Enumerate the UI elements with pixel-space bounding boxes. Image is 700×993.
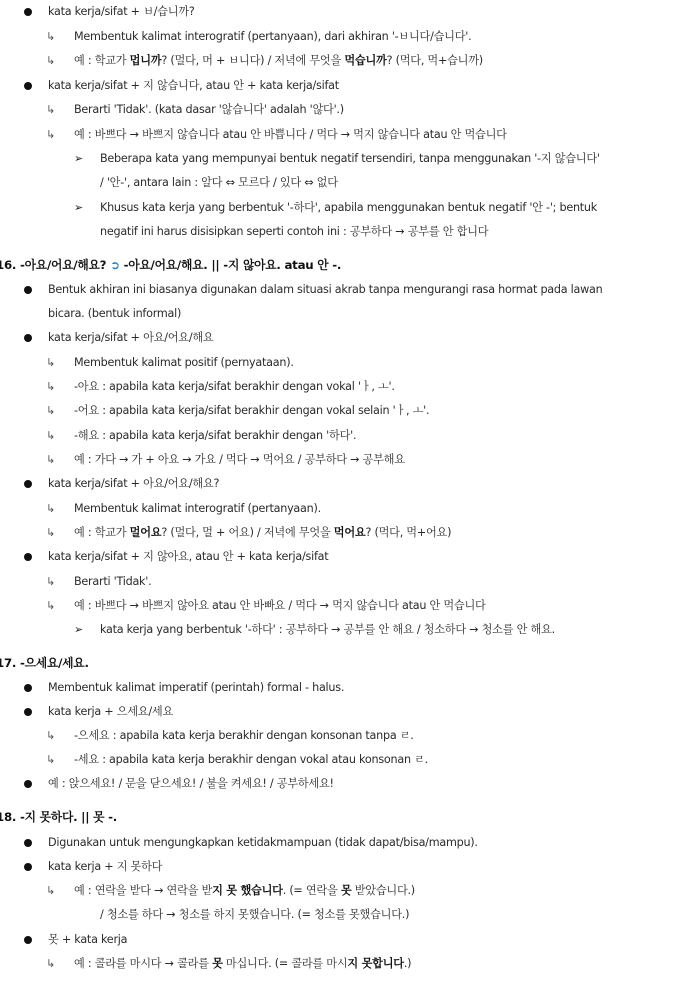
sub-item-text: -해요 : apabila kata kerja/sifat berakhir … (74, 426, 356, 446)
hook-arrow-icon: ↳ (46, 450, 55, 470)
bullet-icon (24, 334, 32, 342)
bullet-text: kata kerja/sifat + 아요/어요/해요 (48, 328, 213, 348)
note-text: / '안-', antara lain : 알다 ⇔ 모르다 / 있다 ⇔ 없다 (100, 173, 338, 193)
example-text: 예 : 학교가 멀어요? (멀다, 멀 + 어요) / 저녁에 무엇을 먹어요?… (74, 523, 451, 543)
bullet-icon (24, 480, 32, 488)
bullet-icon (24, 8, 32, 16)
hook-arrow-icon: ↳ (46, 572, 55, 592)
sub-item-text: -세요 : apabila kata kerja berakhir dengan… (74, 750, 428, 770)
note-text: negatif ini harus disisipkan seperti con… (100, 222, 488, 242)
hook-arrow-icon: ↳ (46, 726, 55, 746)
bullet-text: Membentuk kalimat imperatif (perintah) f… (48, 678, 344, 698)
bullet-icon (24, 684, 32, 692)
sub-item-text: -어요 : apabila kata kerja/sifat berakhir … (74, 401, 429, 421)
bullet-icon (24, 936, 32, 944)
example-text: 예 : 가다 → 가 + 아요 → 가요 / 먹다 → 먹어요 / 공부하다 →… (74, 450, 405, 470)
hook-arrow-icon: ↳ (46, 27, 55, 47)
arrowhead-bullet-icon: ➢ (74, 149, 83, 169)
sub-item-text: Membentuk kalimat positif (pernyataan). (74, 353, 294, 373)
bullet-icon (24, 780, 32, 788)
hook-arrow-icon: ↳ (46, 377, 55, 397)
hook-arrow-icon: ↳ (46, 51, 55, 71)
bullet-icon (24, 286, 32, 294)
bullet-icon (24, 863, 32, 871)
example-text: 예 : 연락을 받다 → 연락을 받지 못 했습니다. (= 연락을 못 받았습… (74, 881, 415, 901)
sub-item-text: Membentuk kalimat interogratif (pertanya… (74, 499, 321, 519)
bullet-icon (24, 82, 32, 90)
bullet-icon (24, 839, 32, 847)
note-text: kata kerja yang berbentuk '-하다' : 공부하다 →… (100, 620, 555, 640)
bullet-text: kata kerja/sifat + 지 않아요, atau 안 + kata … (48, 547, 328, 567)
example-text: / 청소를 하다 → 청소를 하지 못했습니다. (= 청소를 못했습니다.) (100, 905, 409, 925)
note-text: Khusus kata kerja yang berbentuk '-하다', … (100, 198, 597, 218)
hook-arrow-icon: ↳ (46, 596, 55, 616)
example-text: 예 : 바쁘다 → 바쁘지 않습니다 atau 안 바쁩니다 / 먹다 → 먹지… (74, 125, 507, 145)
example-text: 예 : 앉으세요! / 문을 닫으세요! / 불을 켜세요! / 공부하세요! (48, 774, 334, 794)
hook-arrow-icon: ↳ (46, 523, 55, 543)
example-text: 예 : 콜라를 마시다 → 콜라를 못 마십니다. (= 콜라를 마시지 못합니… (74, 954, 411, 974)
return-arrow-icon: ➲ (110, 258, 120, 272)
arrowhead-bullet-icon: ➢ (74, 198, 83, 218)
hook-arrow-icon: ↳ (46, 100, 55, 120)
hook-arrow-icon: ↳ (46, 954, 55, 974)
bullet-icon (24, 708, 32, 716)
hook-arrow-icon: ↳ (46, 353, 55, 373)
bullet-text: kata kerja + 으세요/세요 (48, 702, 173, 722)
arrowhead-bullet-icon: ➢ (74, 620, 83, 640)
bullet-text: kata kerja/sifat + ㅂ/습니까? (48, 2, 195, 22)
bullet-text: kata kerja/sifat + 지 않습니다, atau 안 + kata… (48, 76, 339, 96)
bullet-text: kata kerja + 지 못하다 (48, 857, 162, 877)
sub-item-text: -으세요 : apabila kata kerja berakhir denga… (74, 726, 414, 746)
bullet-text: Digunakan untuk mengungkapkan ketidakmam… (48, 833, 478, 853)
sub-item-text: -아요 : apabila kata kerja/sifat berakhir … (74, 377, 395, 397)
sub-item-text: Berarti 'Tidak'. (74, 572, 151, 592)
note-text: Beberapa kata yang mempunyai bentuk nega… (100, 149, 600, 169)
hook-arrow-icon: ↳ (46, 750, 55, 770)
bullet-text: kata kerja/sifat + 아요/어요/해요? (48, 474, 219, 494)
hook-arrow-icon: ↳ (46, 499, 55, 519)
example-text: 예 : 학교가 멉니까? (멀다, 머 + ㅂ니다) / 저녁에 무엇을 먹습니… (74, 51, 483, 71)
hook-arrow-icon: ↳ (46, 426, 55, 446)
hook-arrow-icon: ↳ (46, 401, 55, 421)
example-text: 예 : 바쁘다 → 바쁘지 않아요 atau 안 바빠요 / 먹다 → 먹지 않… (74, 596, 486, 616)
bullet-text: 못 + kata kerja (48, 930, 127, 950)
hook-arrow-icon: ↳ (46, 881, 55, 901)
sub-item-text: Membentuk kalimat interogratif (pertanya… (74, 27, 471, 47)
bullet-icon (24, 553, 32, 561)
bullet-text: Bentuk akhiran ini biasanya digunakan da… (48, 280, 602, 300)
bullet-text: bicara. (bentuk informal) (48, 304, 181, 324)
sub-item-text: Berarti 'Tidak'. (kata dasar '않습니다' adal… (74, 100, 344, 120)
hook-arrow-icon: ↳ (46, 125, 55, 145)
